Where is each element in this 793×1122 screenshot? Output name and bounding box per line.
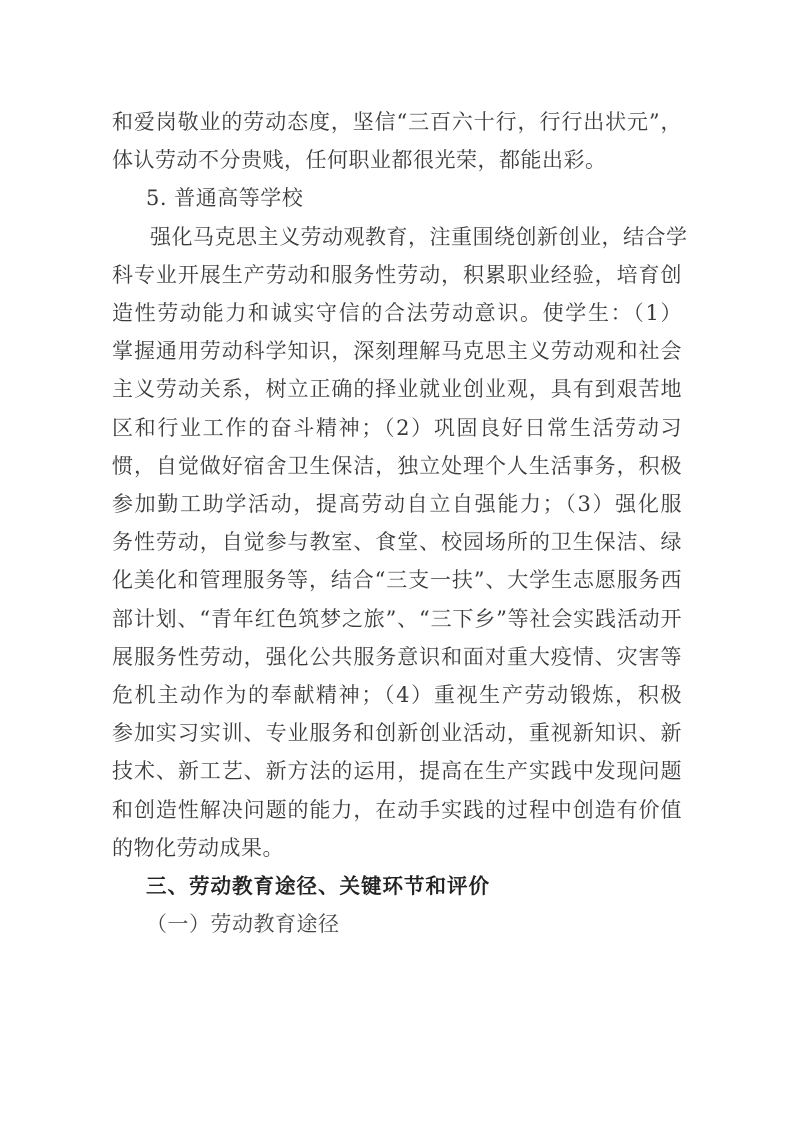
body-line: 危机主动作为的奉献精神；（4）重视生产劳动锻炼，积极 — [112, 676, 682, 714]
section-heading: 三、劳动教育途径、关键环节和评价 — [112, 867, 682, 905]
body-line: 的物化劳动成果。 — [112, 829, 682, 867]
body-line: 展服务性劳动，强化公共服务意识和面对重大疫情、灾害等 — [112, 638, 682, 676]
body-line: 和爱岗敬业的劳动态度，坚信“三百六十行，行行出状元”， — [112, 103, 682, 141]
document-page: 和爱岗敬业的劳动态度，坚信“三百六十行，行行出状元”， 体认劳动不分贵贱，任何职… — [0, 0, 793, 1122]
body-line: 主义劳动关系，树立正确的择业就业创业观，具有到艰苦地 — [112, 370, 682, 408]
body-line: 掌握通用劳动科学知识，深刻理解马克思主义劳动观和社会 — [112, 332, 682, 370]
body-line: 科专业开展生产劳动和服务性劳动，积累职业经验，培育创 — [112, 256, 682, 294]
section-title: 5. 普通高等学校 — [112, 179, 682, 217]
body-line: 参加实习实训、专业服务和创新创业活动，重视新知识、新 — [112, 714, 682, 752]
body-line: 参加勤工助学活动，提高劳动自立自强能力；（3）强化服 — [112, 485, 682, 523]
body-line: 部计划、“青年红色筑梦之旅”、“三下乡”等社会实践活动开 — [112, 600, 682, 638]
body-line: 强化马克思主义劳动观教育，注重围绕创新创业，结合学 — [112, 218, 682, 256]
body-line: 和创造性解决问题的能力，在动手实践的过程中创造有价值 — [112, 791, 682, 829]
body-line: 区和行业工作的奋斗精神；（2）巩固良好日常生活劳动习 — [112, 409, 682, 447]
document-body: 和爱岗敬业的劳动态度，坚信“三百六十行，行行出状元”， 体认劳动不分贵贱，任何职… — [112, 103, 682, 943]
body-line: 体认劳动不分贵贱，任何职业都很光荣，都能出彩。 — [112, 141, 682, 179]
body-line: 化美化和管理服务等，结合“三支一扶”、大学生志愿服务西 — [112, 561, 682, 599]
subsection-heading: （一）劳动教育途径 — [112, 905, 682, 943]
body-line: 惯，自觉做好宿舍卫生保洁，独立处理个人生活事务，积极 — [112, 447, 682, 485]
body-line: 造性劳动能力和诚实守信的合法劳动意识。使学生：（1） — [112, 294, 682, 332]
body-line: 务性劳动，自觉参与教室、食堂、校园场所的卫生保洁、绿 — [112, 523, 682, 561]
body-line: 技术、新工艺、新方法的运用，提高在生产实践中发现问题 — [112, 752, 682, 790]
